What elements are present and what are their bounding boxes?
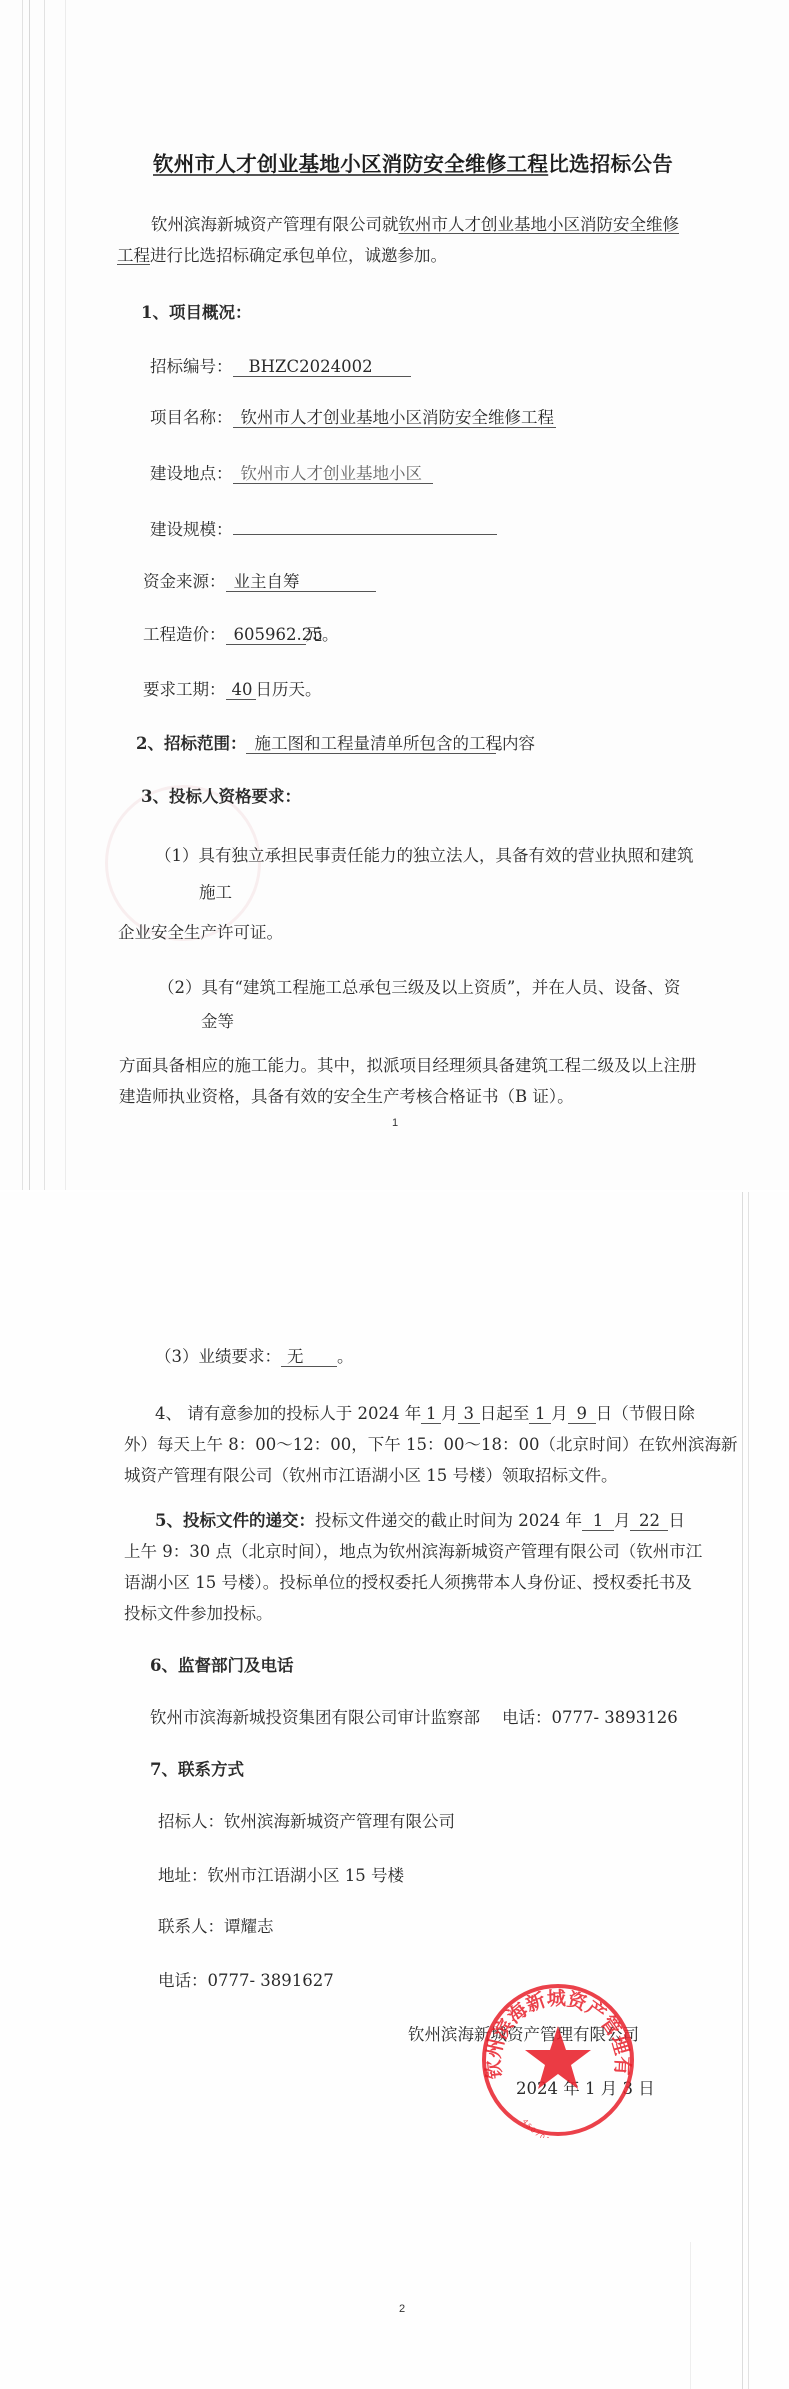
section-1-heading: 1、项目概况：	[141, 302, 251, 324]
field-bid-number: 招标编号：BHZC2024002	[150, 356, 411, 378]
section-5-line-4: 投标文件参加投标。	[124, 1603, 273, 1625]
page-number: 2	[399, 2303, 405, 2315]
contact-phone: 电话：0777- 3891627	[158, 1970, 334, 1992]
requirement-1-line-1: （1）具有独立承担民事责任能力的独立法人，具备有效的营业执照和建筑	[155, 845, 694, 867]
scan-line	[742, 1192, 743, 2389]
section-2-bid-scope: 2、招标范围：施工图和工程量清单所包含的工程内容。	[136, 733, 513, 755]
section-4-line-1: 4、 请有意参加的投标人于 2024 年1月3日起至1月9日（节假日除	[155, 1403, 695, 1425]
field-location: 建设地点：钦州市人才创业基地小区	[150, 463, 433, 485]
supervision-phone: 电话：0777- 3893126	[502, 1708, 678, 1727]
field-project-name: 项目名称：钦州市人才创业基地小区消防安全维修工程	[150, 407, 556, 429]
field-project-cost: 工程造价：605962.25元。	[143, 624, 339, 646]
page-number: 1	[392, 1117, 398, 1129]
section-5-line-2: 上午 9：30 点（北京时间），地点为钦州滨海新城资产管理有限公司（钦州市江	[124, 1541, 702, 1563]
signature-date: 2024 年 1 月 3 日	[516, 2078, 655, 2100]
page-2: （3）业绩要求：无。 4、 请有意参加的投标人于 2024 年1月3日起至1月9…	[0, 1192, 789, 2389]
section-5-line-3: 语湖小区 15 号楼）。投标单位的授权委托人须携带本人身份证、授权委托书及	[124, 1572, 692, 1594]
supervision-department: 钦州市滨海新城投资集团有限公司审计监察部电话：0777- 3893126	[150, 1707, 678, 1729]
field-scale: 建设规模：	[150, 516, 497, 541]
signature-company: 钦州滨海新城资产管理有限公司	[408, 2024, 639, 2046]
section-4-line-2: 外）每天上午 8：00～12：00，下午 15：00～18：00（北京时间）在钦…	[124, 1434, 737, 1456]
contact-person: 联系人：谭耀志	[158, 1916, 274, 1938]
requirement-2-line-1: （2）具有“建筑工程施工总承包三级及以上资质”，并在人员、设备、资	[158, 977, 680, 999]
requirement-1-line-3: 企业安全生产许可证。	[118, 922, 283, 944]
section-5-line-1: 5、投标文件的递交：投标文件递交的截止时间为 2024 年1月22日	[155, 1510, 685, 1532]
intro-line-2: 工程进行比选招标确定承包单位，诚邀参加。	[117, 245, 447, 267]
requirement-2-line-2: 金等	[201, 1011, 234, 1033]
page-1: 钦州市人才创业基地小区消防安全维修工程比选招标公告 钦州滨海新城资产管理有限公司…	[0, 0, 789, 1190]
section-6-heading: 6、监督部门及电话	[150, 1655, 293, 1677]
section-7-heading: 7、联系方式	[150, 1759, 244, 1781]
title-suffix: 比选招标公告	[548, 152, 673, 176]
contact-address: 地址：钦州市江语湖小区 15 号楼	[158, 1865, 404, 1887]
requirement-3-performance: （3）业绩要求：无。	[155, 1346, 354, 1368]
section-3-heading: 3、投标人资格要求：	[141, 786, 301, 808]
scan-line	[44, 0, 45, 1190]
field-funding-source: 资金来源：业主自筹	[143, 571, 376, 593]
requirement-1-line-2: 施工	[199, 882, 232, 904]
contact-tenderer: 招标人：钦州滨海新城资产管理有限公司	[158, 1811, 455, 1833]
page-title: 钦州市人才创业基地小区消防安全维修工程比选招标公告	[153, 153, 673, 175]
scan-line	[22, 0, 23, 1190]
scan-line	[748, 1192, 749, 2389]
section-4-line-3: 城资产管理有限公司（钦州市江语湖小区 15 号楼）领取招标文件。	[124, 1465, 618, 1487]
field-duration: 要求工期：40日历天。	[143, 679, 322, 701]
requirement-2-line-4: 建造师执业资格，具备有效的安全生产考核合格证书（B 证）。	[119, 1086, 574, 1108]
scan-line	[29, 0, 30, 1190]
scan-line	[690, 2242, 691, 2389]
intro-line-1: 钦州滨海新城资产管理有限公司就钦州市人才创业基地小区消防安全维修	[151, 214, 679, 236]
scan-line	[65, 0, 66, 1190]
title-project-name: 钦州市人才创业基地小区消防安全维修工程	[153, 152, 548, 176]
requirement-2-line-3: 方面具备相应的施工能力。其中，拟派项目经理须具备建筑工程二级及以上注册	[119, 1055, 697, 1077]
